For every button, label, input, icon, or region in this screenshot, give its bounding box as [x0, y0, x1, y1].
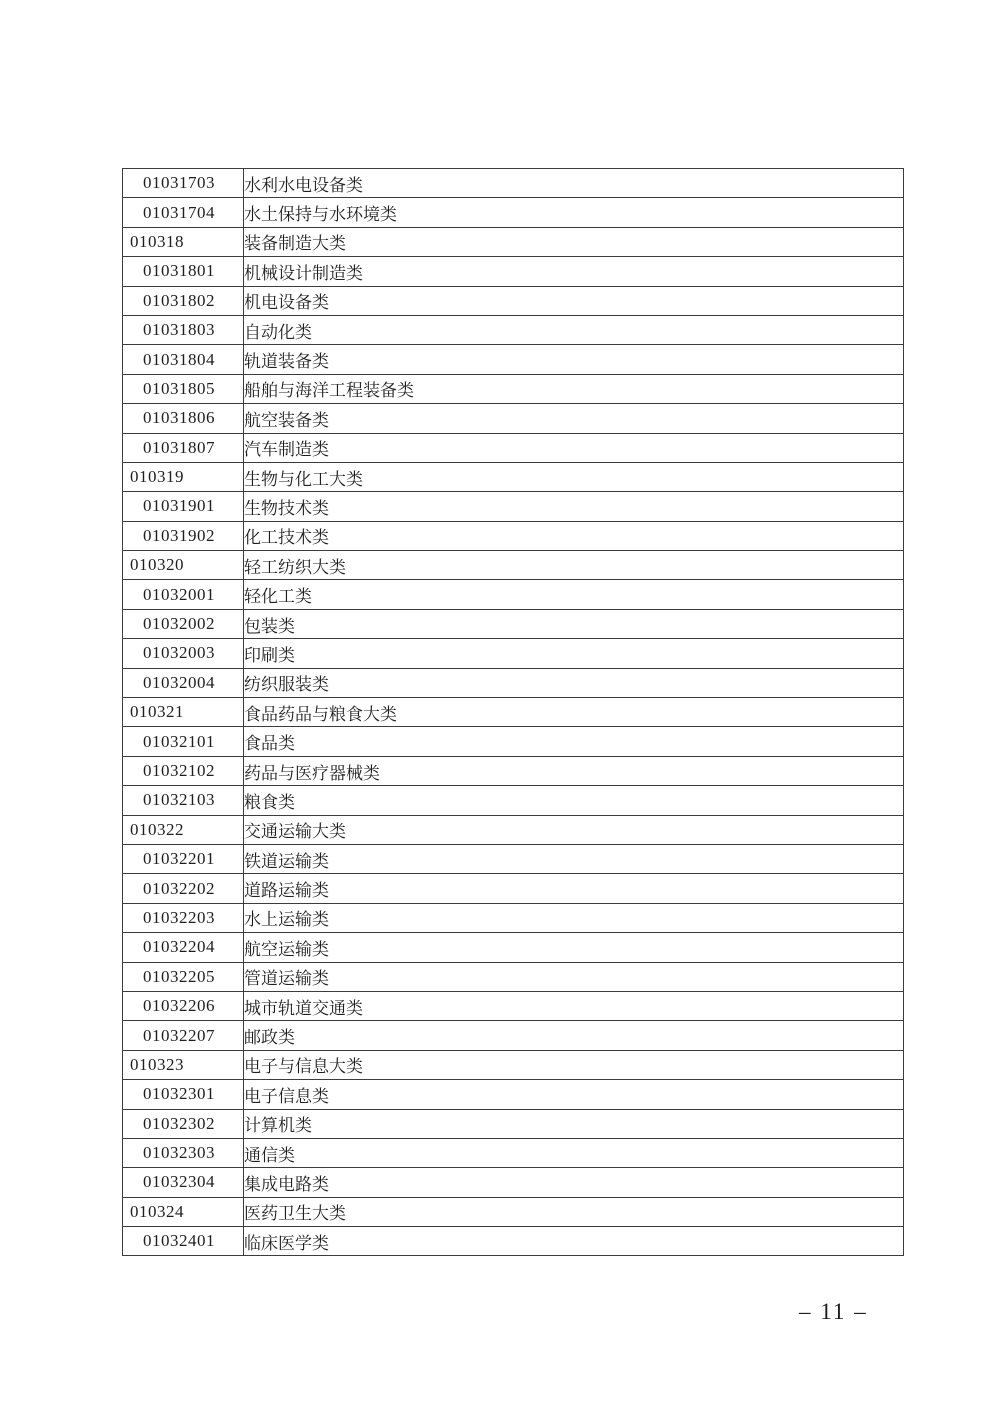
category-name: 生物技术类: [244, 492, 904, 521]
category-name: 纺织服装类: [244, 668, 904, 697]
category-code: 01031804: [123, 345, 244, 374]
category-name: 航空装备类: [244, 404, 904, 433]
category-name: 医药卫生大类: [244, 1197, 904, 1226]
table-row: 01031807 汽车制造类: [123, 433, 904, 462]
category-name: 印刷类: [244, 639, 904, 668]
category-code: 01032101: [123, 727, 244, 756]
table-row: 01032101 食品类: [123, 727, 904, 756]
category-name: 粮食类: [244, 786, 904, 815]
category-name: 药品与医疗器械类: [244, 756, 904, 785]
category-code: 01032301: [123, 1080, 244, 1109]
table-row: 010318 装备制造大类: [123, 227, 904, 256]
table-row: 01031902 化工技术类: [123, 521, 904, 550]
table-row: 01032002 包装类: [123, 609, 904, 638]
category-code: 010319: [123, 462, 244, 491]
category-code: 010324: [123, 1197, 244, 1226]
category-code: 01031902: [123, 521, 244, 550]
table-row: 010323 电子与信息大类: [123, 1050, 904, 1079]
category-code: 01032003: [123, 639, 244, 668]
category-name: 计算机类: [244, 1109, 904, 1138]
category-code-table: 01031703 水利水电设备类 01031704 水土保持与水环境类 0103…: [122, 168, 904, 1256]
category-code: 01032206: [123, 991, 244, 1020]
category-code: 01032202: [123, 874, 244, 903]
table-row: 01032004 纺织服装类: [123, 668, 904, 697]
table-row: 01032202 道路运输类: [123, 874, 904, 903]
table-row: 01032301 电子信息类: [123, 1080, 904, 1109]
category-name: 轨道装备类: [244, 345, 904, 374]
category-code: 01032304: [123, 1168, 244, 1197]
category-code: 01032004: [123, 668, 244, 697]
table-row: 010319 生物与化工大类: [123, 462, 904, 491]
category-name: 邮政类: [244, 1021, 904, 1050]
category-name: 装备制造大类: [244, 227, 904, 256]
category-name: 船舶与海洋工程装备类: [244, 374, 904, 403]
category-code: 01031806: [123, 404, 244, 433]
category-code: 010322: [123, 815, 244, 844]
category-name: 电子信息类: [244, 1080, 904, 1109]
table-row: 01032203 水上运输类: [123, 903, 904, 932]
category-name: 水利水电设备类: [244, 169, 904, 198]
category-code: 01031807: [123, 433, 244, 462]
category-code: 010321: [123, 698, 244, 727]
category-name: 城市轨道交通类: [244, 991, 904, 1020]
table-row: 010324 医药卫生大类: [123, 1197, 904, 1226]
category-code: 01032204: [123, 933, 244, 962]
table-row: 01032201 铁道运输类: [123, 844, 904, 873]
category-name: 管道运输类: [244, 962, 904, 991]
table-row: 01031803 自动化类: [123, 315, 904, 344]
table-row: 01031801 机械设计制造类: [123, 257, 904, 286]
category-code: 01031703: [123, 169, 244, 198]
category-table-body: 01031703 水利水电设备类 01031704 水土保持与水环境类 0103…: [123, 169, 904, 1256]
category-name: 机电设备类: [244, 286, 904, 315]
table-row: 01031704 水土保持与水环境类: [123, 198, 904, 227]
table-row: 01032003 印刷类: [123, 639, 904, 668]
table-row: 01032001 轻化工类: [123, 580, 904, 609]
category-code: 01032303: [123, 1138, 244, 1167]
category-code: 01031901: [123, 492, 244, 521]
table-row: 01031802 机电设备类: [123, 286, 904, 315]
category-name: 铁道运输类: [244, 844, 904, 873]
page-number: – 11 –: [799, 1299, 868, 1325]
category-name: 通信类: [244, 1138, 904, 1167]
category-name: 轻化工类: [244, 580, 904, 609]
category-name: 生物与化工大类: [244, 462, 904, 491]
table-row: 01031806 航空装备类: [123, 404, 904, 433]
table-row: 01031901 生物技术类: [123, 492, 904, 521]
category-name: 自动化类: [244, 315, 904, 344]
table-row: 01032103 粮食类: [123, 786, 904, 815]
category-name: 水土保持与水环境类: [244, 198, 904, 227]
category-code: 01031801: [123, 257, 244, 286]
table-row: 01032304 集成电路类: [123, 1168, 904, 1197]
table-row: 01032102 药品与医疗器械类: [123, 756, 904, 785]
category-name: 航空运输类: [244, 933, 904, 962]
table-row: 010321 食品药品与粮食大类: [123, 698, 904, 727]
table-row: 01031703 水利水电设备类: [123, 169, 904, 198]
table-row: 01031805 船舶与海洋工程装备类: [123, 374, 904, 403]
category-name: 化工技术类: [244, 521, 904, 550]
category-code: 01031704: [123, 198, 244, 227]
category-name: 食品类: [244, 727, 904, 756]
category-name: 电子与信息大类: [244, 1050, 904, 1079]
category-name: 集成电路类: [244, 1168, 904, 1197]
category-name: 道路运输类: [244, 874, 904, 903]
category-name: 机械设计制造类: [244, 257, 904, 286]
table-row: 01032303 通信类: [123, 1138, 904, 1167]
category-name: 包装类: [244, 609, 904, 638]
table-row: 01032401 临床医学类: [123, 1227, 904, 1256]
category-code: 01032401: [123, 1227, 244, 1256]
category-code: 01032103: [123, 786, 244, 815]
category-code: 01032001: [123, 580, 244, 609]
table-row: 010322 交通运输大类: [123, 815, 904, 844]
category-name: 临床医学类: [244, 1227, 904, 1256]
category-name: 水上运输类: [244, 903, 904, 932]
category-code: 01032205: [123, 962, 244, 991]
category-code: 01032203: [123, 903, 244, 932]
table-row: 010320 轻工纺织大类: [123, 551, 904, 580]
table-row: 01032302 计算机类: [123, 1109, 904, 1138]
category-code: 010320: [123, 551, 244, 580]
category-name: 轻工纺织大类: [244, 551, 904, 580]
category-code: 01031803: [123, 315, 244, 344]
category-name: 汽车制造类: [244, 433, 904, 462]
category-code: 01031802: [123, 286, 244, 315]
category-code: 01032102: [123, 756, 244, 785]
table-row: 01032204 航空运输类: [123, 933, 904, 962]
category-code: 010318: [123, 227, 244, 256]
category-code: 01032302: [123, 1109, 244, 1138]
category-code: 01032207: [123, 1021, 244, 1050]
category-code: 01031805: [123, 374, 244, 403]
category-name: 交通运输大类: [244, 815, 904, 844]
table-row: 01031804 轨道装备类: [123, 345, 904, 374]
category-code: 01032201: [123, 844, 244, 873]
category-name: 食品药品与粮食大类: [244, 698, 904, 727]
table-row: 01032206 城市轨道交通类: [123, 991, 904, 1020]
category-code: 01032002: [123, 609, 244, 638]
category-code: 010323: [123, 1050, 244, 1079]
table-row: 01032205 管道运输类: [123, 962, 904, 991]
document-page: 01031703 水利水电设备类 01031704 水土保持与水环境类 0103…: [0, 0, 999, 1414]
table-row: 01032207 邮政类: [123, 1021, 904, 1050]
